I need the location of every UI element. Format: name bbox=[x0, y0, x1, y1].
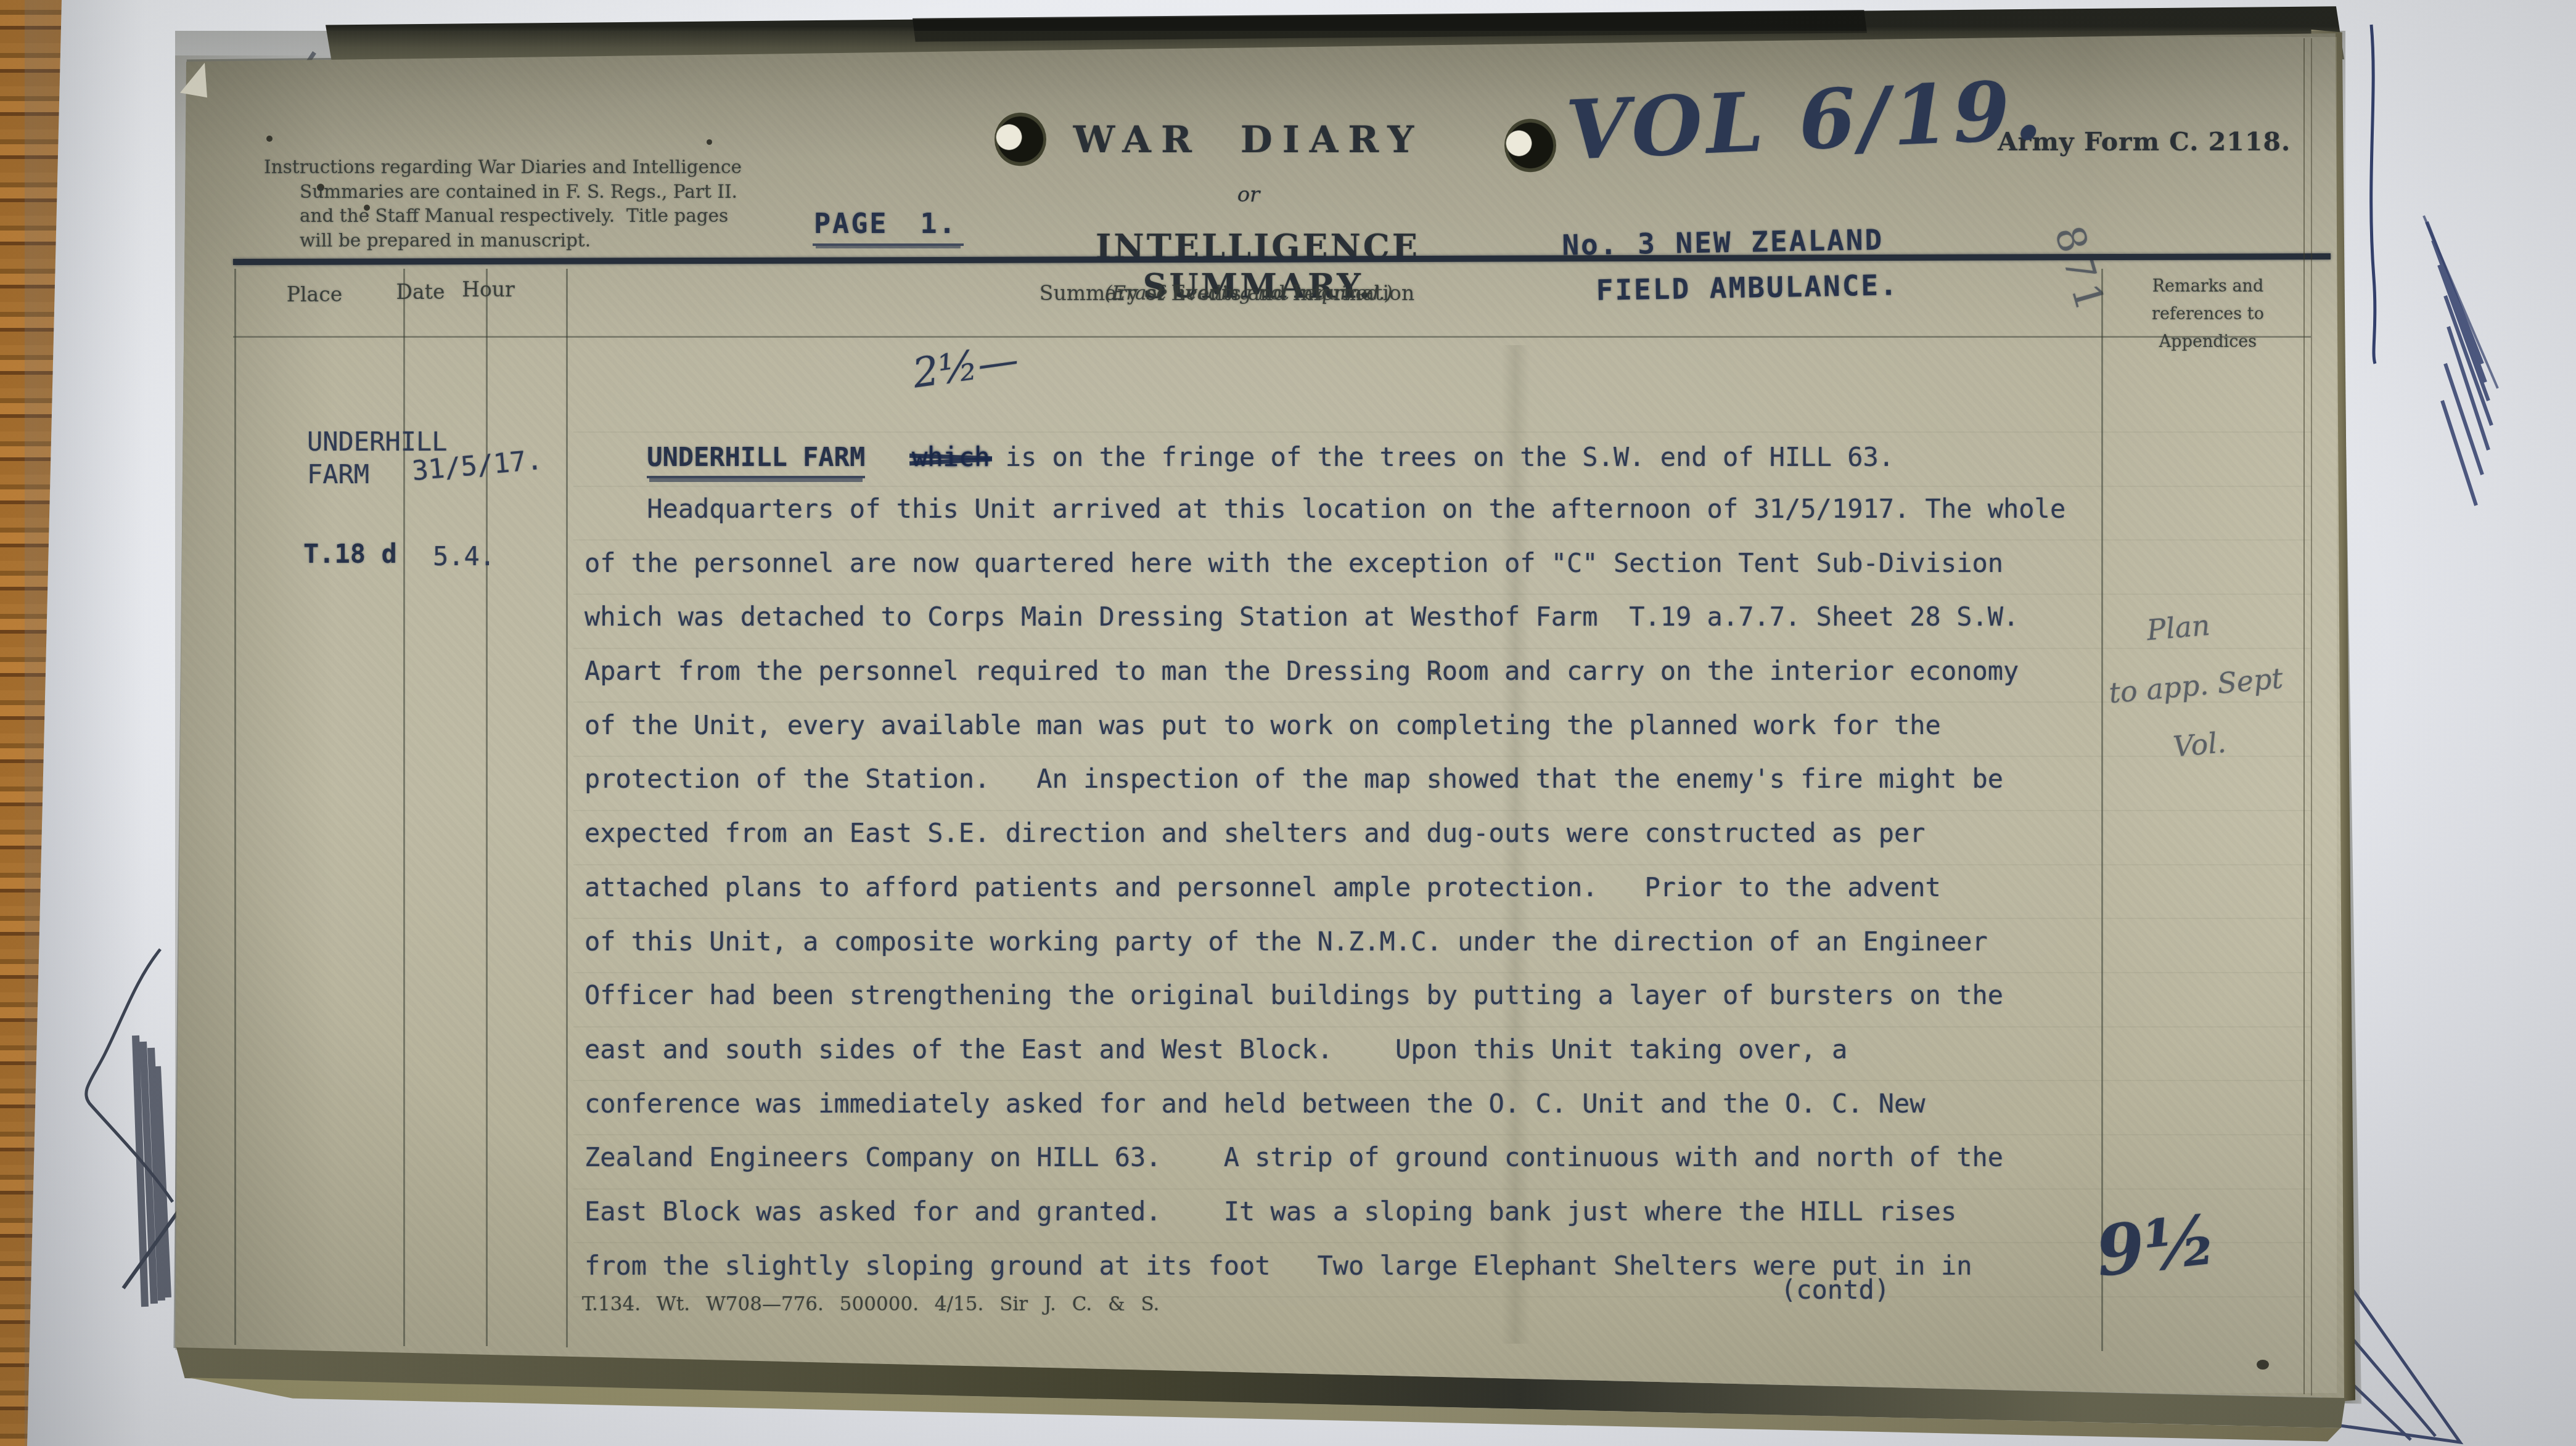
column-line-hour-summary bbox=[566, 269, 568, 1347]
tline: expected from an East S.E. direction and… bbox=[585, 806, 2065, 860]
punch-hole-left bbox=[995, 112, 1046, 166]
war-diary-photo: Instructions regarding War Diaries and I… bbox=[0, 0, 2576, 1446]
ink-speck bbox=[707, 139, 712, 145]
tline: of the personnel are now quartered here … bbox=[585, 536, 2065, 590]
entry-place-line1: UNDERHILL bbox=[307, 427, 448, 457]
ink-speck bbox=[2257, 1360, 2269, 1370]
tline: of this Unit, a composite working party … bbox=[585, 915, 2065, 969]
table-border-left bbox=[234, 269, 236, 1345]
column-header-summary: Summary of Events and Information bbox=[980, 281, 1474, 305]
form-title-conjunction: or bbox=[1187, 182, 1310, 207]
tline: Zealand Engineers Company on HILL 63. A … bbox=[585, 1130, 2065, 1185]
column-header-remarks: Remarks andreferences toAppendices bbox=[2112, 272, 2303, 356]
tline: conference was immediately asked for and… bbox=[585, 1077, 2065, 1131]
pen-scribble-right bbox=[2353, 18, 2513, 549]
tline: Officer had been strengthening the origi… bbox=[585, 968, 2065, 1023]
ins-line: will be prepared in manuscript. bbox=[264, 229, 893, 253]
struck-out-word: which bbox=[912, 442, 990, 472]
bottom-ink-mark: 9½ bbox=[2093, 1199, 2220, 1293]
entry-map-reference: T.18 d bbox=[303, 539, 397, 569]
ins-line: Summaries are contained in F. S. Regs., … bbox=[264, 180, 893, 205]
column-line-date-hour bbox=[486, 269, 488, 1346]
tline: of the Unit, every available man was put… bbox=[585, 698, 2065, 753]
tline: East Block was asked for and granted. It… bbox=[585, 1185, 2065, 1239]
printer-imprint: T.134. Wt. W708—776. 500000. 4/15. Sir J… bbox=[582, 1293, 1159, 1315]
tline: east and south sides of the East and Wes… bbox=[585, 1023, 2065, 1077]
form-title: WAR DIARY bbox=[1064, 118, 1434, 161]
ins-line: and the Staff Manual respectively. Title… bbox=[264, 204, 893, 229]
rem-line: references to bbox=[2112, 300, 2303, 328]
unit-name-line2: FIELD AMBULANCE. bbox=[1562, 262, 1899, 314]
instructions-block: Instructions regarding War Diaries and I… bbox=[264, 155, 893, 253]
gap bbox=[865, 442, 912, 472]
pencil-scribble-left bbox=[62, 943, 191, 1313]
diary-heading: UNDERHILL FARM bbox=[647, 442, 865, 478]
continued-label: (contd) bbox=[1781, 1275, 1890, 1305]
page-number-label: PAGE 1. bbox=[813, 207, 964, 246]
rem-line: Remarks and bbox=[2112, 272, 2303, 300]
diary-text-block: Headquarters of this Unit arrived at thi… bbox=[585, 482, 2065, 1293]
unit-name: No. 3 NEW ZEALAND FIELD AMBULANCE. bbox=[1562, 216, 1900, 313]
tline: Headquarters of this Unit arrived at thi… bbox=[585, 482, 2065, 536]
diary-line-1-rest: is on the fringe of the trees on the S.W… bbox=[990, 442, 1894, 472]
column-header-hour: Hour bbox=[445, 277, 531, 301]
margin-note-handwritten: Planto app. SeptVol. bbox=[2101, 589, 2291, 782]
tline: Apart from the personnel required to man… bbox=[585, 644, 2065, 698]
header-bottom-rule bbox=[233, 336, 2311, 338]
tline: attached plans to afford patients and pe… bbox=[585, 860, 2065, 915]
tline: protection of the Station. An inspection… bbox=[585, 752, 2065, 806]
rem-line: Appendices bbox=[2112, 328, 2303, 356]
ink-speck bbox=[266, 136, 273, 142]
punch-hole-right bbox=[1504, 118, 1556, 173]
entry-place-line2: FARM bbox=[307, 459, 369, 489]
column-header-place: Place bbox=[271, 282, 358, 306]
entry-map-reference-2: 5.4. bbox=[433, 541, 495, 571]
ins-line: Instructions regarding War Diaries and I… bbox=[264, 155, 893, 180]
tline: which was detached to Corps Main Dressin… bbox=[585, 590, 2065, 644]
